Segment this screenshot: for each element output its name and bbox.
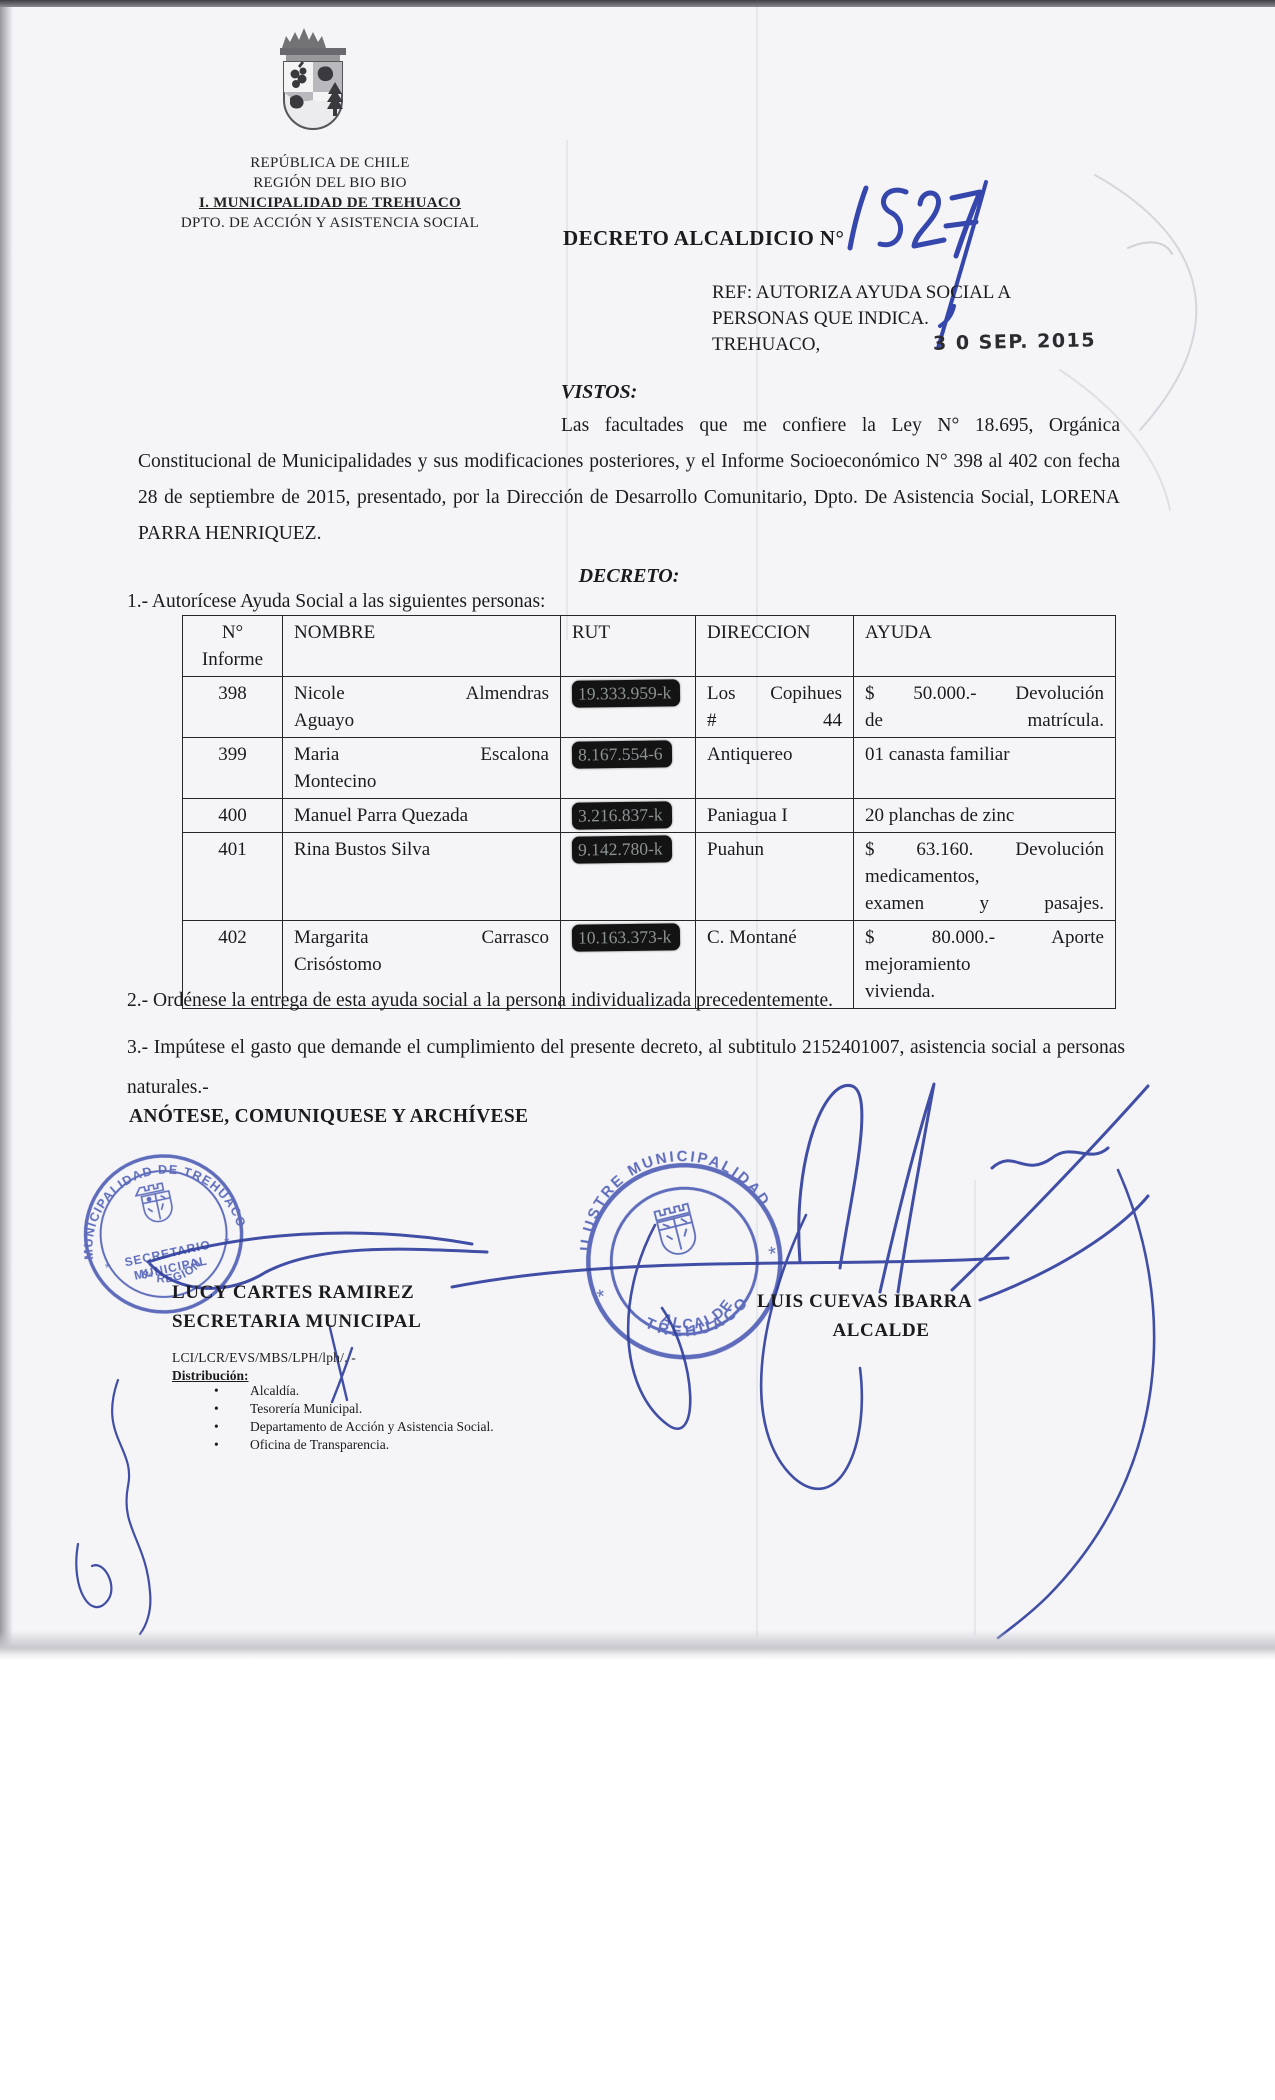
cell-informe: 399: [183, 738, 283, 799]
header-direccion: DIRECCION: [696, 616, 854, 677]
cell-ayuda: 20 planchas de zinc: [854, 799, 1116, 833]
header-rut: RUT: [561, 616, 696, 677]
decreto-item-2: 2.- Ordénese la entrega de esta ayuda so…: [127, 990, 833, 1012]
cell-rut: 9.142.780-k: [561, 833, 696, 921]
cell-nombre: Nicole Almendras Aguayo: [283, 677, 561, 738]
cell-direccion: Los Copihues # 44: [696, 677, 854, 738]
closing-formula: ANÓTESE, COMUNIQUESE Y ARCHÍVESE: [129, 1106, 528, 1128]
letterhead: REPÚBLICA DE CHILE REGIÓN DEL BIO BIO I.…: [112, 153, 548, 233]
cell-nombre: Maria Escalona Montecino: [283, 738, 561, 799]
table-row: 399 Maria Escalona Montecino 8.167.554-6…: [183, 738, 1116, 799]
mayor-name: LUIS CUEVAS IBARRA: [757, 1291, 972, 1313]
redacted-rut: 8.167.554-6: [572, 740, 672, 768]
stamp-star-left: *: [104, 1259, 113, 1276]
header-informe-line1: N°: [222, 622, 243, 643]
table-row: 398 Nicole Almendras Aguayo 19.333.959-k…: [183, 677, 1116, 738]
redacted-rut: 3.216.837-k: [572, 801, 672, 829]
scan-left-edge: [0, 0, 13, 1652]
header-nombre: NOMBRE: [283, 616, 561, 677]
cell-ayuda: $ 80.000.- Aporte mejoramiento vivienda.: [854, 921, 1116, 1009]
letterhead-country: REPÚBLICA DE CHILE: [112, 153, 548, 173]
redacted-rut: 9.142.780-k: [572, 835, 672, 863]
cell-ayuda: 01 canasta familiar: [854, 738, 1116, 799]
table-row: 400 Manuel Parra Quezada 3.216.837-k Pan…: [183, 799, 1116, 833]
beneficiaries-table: N° Informe NOMBRE RUT DIRECCION AYUDA 39…: [182, 615, 1116, 1009]
ref-line-1: REF: AUTORIZA AYUDA SOCIAL A: [712, 280, 1011, 306]
table-row: 401 Rina Bustos Silva 9.142.780-k Puahun…: [183, 833, 1116, 921]
header-informe-line2: Informe: [202, 649, 263, 670]
redacted-rut: 10.163.373-k: [572, 923, 681, 952]
cell-rut: 19.333.959-k: [561, 677, 696, 738]
stamp-shield-icon: [135, 1182, 175, 1225]
cell-direccion: Antiquereo: [696, 738, 854, 799]
secretary-name: LUCY CARTES RAMIREZ: [172, 1282, 414, 1304]
cell-ayuda: $ 50.000.- Devolución de matrícula.: [854, 677, 1116, 738]
ref-line-2: PERSONAS QUE INDICA.: [712, 306, 1011, 332]
cell-ayuda: $ 63.160. Devolución medicamentos, exame…: [854, 833, 1116, 921]
cell-direccion: Puahun: [696, 833, 854, 921]
distribution-item: Alcaldía.: [172, 1382, 494, 1400]
cell-rut: 3.216.837-k: [561, 799, 696, 833]
header-ayuda: AYUDA: [854, 616, 1116, 677]
cell-direccion: Paniagua I: [696, 799, 854, 833]
document-initials: LCI/LCR/EVS/MBS/LPH/lph/. -: [172, 1350, 356, 1366]
letterhead-department: DPTO. DE ACCIÓN Y ASISTENCIA SOCIAL: [112, 213, 548, 233]
scan-crease-line: [974, 1180, 976, 1635]
distribution-item: Departamento de Acción y Asistencia Soci…: [172, 1418, 494, 1436]
date-stamp: 3 0 SEP. 2015: [933, 329, 1096, 354]
mayor-title: ALCALDE: [757, 1320, 1005, 1342]
cell-informe: 401: [183, 833, 283, 921]
decreto-label: DECRETO:: [138, 565, 1120, 588]
cell-nombre: Rina Bustos Silva: [283, 833, 561, 921]
cell-nombre: Manuel Parra Quezada: [283, 799, 561, 833]
distribution-list: Alcaldía. Tesorería Municipal. Departame…: [172, 1382, 494, 1454]
table-header-row: N° Informe NOMBRE RUT DIRECCION AYUDA: [183, 616, 1116, 677]
cell-rut: 8.167.554-6: [561, 738, 696, 799]
distribution-item: Tesorería Municipal.: [172, 1400, 494, 1418]
letterhead-region: REGIÓN DEL BIO BIO: [112, 173, 548, 193]
vistos-paragraph: Las facultades que me confiere la Ley N°…: [138, 408, 1120, 552]
decreto-item-3: 3.- Impútese el gasto que demande el cum…: [127, 1028, 1125, 1108]
redacted-rut: 19.333.959-k: [572, 679, 681, 708]
vistos-label: VISTOS:: [561, 381, 637, 404]
decree-title: DECRETO ALCALDICIO N°: [563, 226, 844, 251]
scan-top-edge: [0, 0, 1275, 7]
stamp-shield-icon: [654, 1204, 698, 1258]
header-informe: N° Informe: [183, 616, 283, 677]
letterhead-municipality: I. MUNICIPALIDAD DE TREHUACO: [112, 193, 548, 213]
distribution-item: Oficina de Transparencia.: [172, 1436, 494, 1454]
page-bottom-edge: [0, 1630, 1275, 1660]
cell-informe: 398: [183, 677, 283, 738]
decreto-item-1: 1.- Autorícese Ayuda Social a las siguie…: [127, 591, 545, 613]
cell-informe: 400: [183, 799, 283, 833]
scanned-decree-document: REPÚBLICA DE CHILE REGIÓN DEL BIO BIO I.…: [0, 0, 1275, 2100]
secretary-title: SECRETARIA MUNICIPAL: [172, 1311, 421, 1333]
municipal-coat-of-arms: [262, 22, 364, 146]
